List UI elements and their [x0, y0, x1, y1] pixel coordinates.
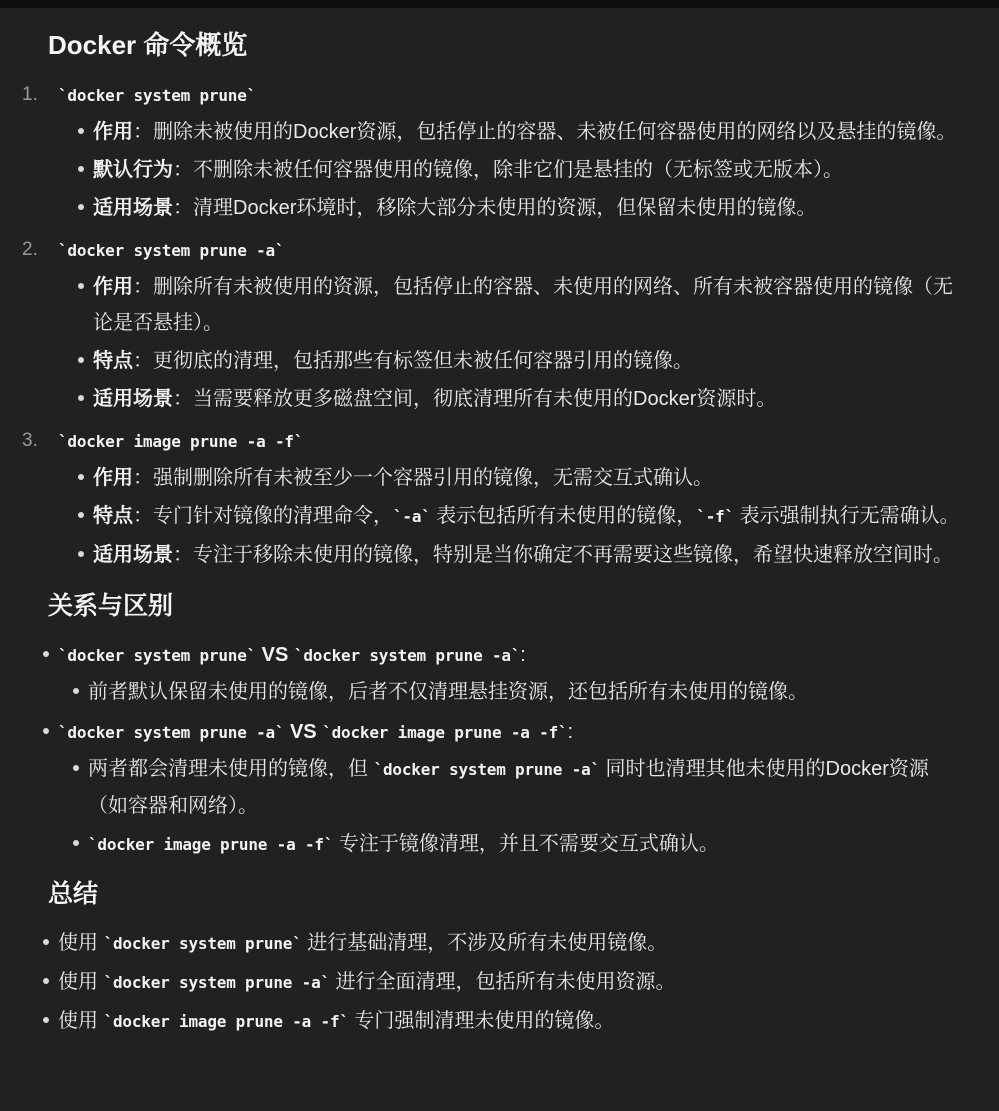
- list-item: 使用 `docker system prune -a` 进行全面清理，包括所有未…: [0, 964, 963, 1001]
- text-run: 使用: [58, 1010, 104, 1032]
- list-item-text: 作用：删除所有未被使用的资源，包括停止的容器、未使用的网络、所有未被容器使用的镜…: [93, 269, 963, 341]
- list-item-text: 使用 `docker image prune -a -f` 专门强制清理未使用的…: [58, 1003, 963, 1040]
- text-run: ：专注于移除未使用的镜像，特别是当你确定不再需要这些镜像，希望快速释放空间时。: [173, 544, 953, 566]
- list-item-text: 作用：删除未被使用的Docker资源，包括停止的容器、未被任何容器使用的网络以及…: [93, 114, 963, 150]
- ordered-item-content: `docker system prune`作用：删除未被使用的Docker资源，…: [58, 77, 963, 228]
- inline-code: `docker image prune -a -f`: [104, 1012, 349, 1031]
- inline-code: `docker system prune`: [58, 646, 256, 665]
- text-run: ：当需要释放更多磁盘空间，彻底清理所有未使用的Docker资源时。: [173, 388, 776, 410]
- bullet-icon: [78, 166, 84, 172]
- list-item: `docker image prune -a -f` 专注于镜像清理，并且不需要…: [58, 826, 963, 863]
- list-item: 特点：更彻底的清理，包括那些有标签但未被任何容器引用的镜像。: [58, 343, 963, 379]
- bullet-icon: [73, 688, 79, 694]
- item-number: 3.: [22, 423, 58, 459]
- bold-run: 默认行为: [93, 159, 173, 181]
- command-line: `docker image prune -a -f`: [58, 423, 963, 460]
- inline-code: `docker system prune -a`: [294, 646, 520, 665]
- bullet-icon: [78, 395, 84, 401]
- text-run: :: [520, 644, 526, 666]
- bullet-icon: [78, 551, 84, 557]
- command-line: `docker system prune -a`: [58, 232, 963, 269]
- bullet-icon: [43, 1017, 49, 1023]
- bullet-icon: [78, 204, 84, 210]
- bullet-icon: [78, 357, 84, 363]
- inline-code: `docker system prune -a`: [374, 760, 600, 779]
- list-item: 两者都会清理未使用的镜像，但 `docker system prune -a` …: [58, 751, 963, 824]
- command-line: `docker system prune`: [58, 77, 963, 114]
- summary-list: 使用 `docker system prune` 进行基础清理，不涉及所有未使用…: [0, 925, 963, 1040]
- list-item-text: 默认行为：不删除未被任何容器使用的镜像，除非它们是悬挂的（无标签或无版本）。: [93, 152, 963, 188]
- inline-code: `docker system prune`: [104, 934, 302, 953]
- inline-code: `docker system prune -a`: [58, 241, 284, 260]
- inline-code: `-f`: [696, 507, 734, 526]
- ordered-list-item: 3.`docker image prune -a -f`作用：强制删除所有未被至…: [0, 423, 963, 575]
- ordered-list-item: 1.`docker system prune`作用：删除未被使用的Docker资…: [0, 77, 963, 228]
- section-heading-summary: 总结: [48, 875, 963, 913]
- bold-run: 适用场景: [93, 544, 173, 566]
- section-heading-differences: 关系与区别: [48, 587, 963, 625]
- list-item-text: 使用 `docker system prune` 进行基础清理，不涉及所有未使用…: [58, 925, 963, 962]
- list-item: 作用：删除所有未被使用的资源，包括停止的容器、未使用的网络、所有未被容器使用的镜…: [58, 269, 963, 341]
- window-top-edge: [0, 0, 999, 8]
- inline-code: `docker image prune -a -f`: [88, 835, 333, 854]
- text-run: 专注于镜像清理，并且不需要交互式确认。: [333, 833, 719, 855]
- text-run: ：更彻底的清理，包括那些有标签但未被任何容器引用的镜像。: [133, 350, 693, 372]
- item-number: 1.: [22, 77, 58, 113]
- text-run: 使用: [58, 971, 104, 993]
- bullet-icon: [78, 474, 84, 480]
- list-item-text: 两者都会清理未使用的镜像，但 `docker system prune -a` …: [88, 751, 963, 824]
- command-overview-list: 1.`docker system prune`作用：删除未被使用的Docker资…: [0, 77, 963, 575]
- text-run: 专门强制清理未使用的镜像。: [349, 1010, 615, 1032]
- text-run: ：清理Docker环境时，移除大部分未使用的资源，但保留未使用的镜像。: [173, 197, 816, 219]
- list-item-text: 前者默认保留未使用的镜像，后者不仅清理悬挂资源，还包括所有未使用的镜像。: [88, 674, 963, 710]
- list-item: 默认行为：不删除未被任何容器使用的镜像，除非它们是悬挂的（无标签或无版本）。: [58, 152, 963, 188]
- text-run: 两者都会清理未使用的镜像，但: [88, 758, 374, 780]
- list-item-text: 适用场景：当需要释放更多磁盘空间，彻底清理所有未使用的Docker资源时。: [93, 381, 963, 417]
- text-run: 表示包括所有未使用的镜像，: [431, 505, 697, 527]
- item-number: 2.: [22, 232, 58, 268]
- list-item: 适用场景：专注于移除未使用的镜像，特别是当你确定不再需要这些镜像，希望快速释放空…: [58, 537, 963, 573]
- bullet-icon: [78, 283, 84, 289]
- text-run: ：删除所有未被使用的资源，包括停止的容器、未使用的网络、所有未被容器使用的镜像（…: [93, 276, 953, 334]
- bullet-icon: [43, 651, 49, 657]
- differences-list: `docker system prune` VS `docker system …: [0, 637, 963, 865]
- inline-code: `-a`: [393, 507, 431, 526]
- list-item-text: 使用 `docker system prune -a` 进行全面清理，包括所有未…: [58, 964, 963, 1001]
- bullet-icon: [78, 128, 84, 134]
- list-item-text: `docker image prune -a -f` 专注于镜像清理，并且不需要…: [88, 826, 963, 863]
- bullet-icon: [73, 765, 79, 771]
- inline-code: `docker system prune`: [58, 86, 256, 105]
- text-run: ：不删除未被任何容器使用的镜像，除非它们是悬挂的（无标签或无版本）。: [173, 159, 843, 181]
- text-run: :: [567, 721, 573, 743]
- bold-run: VS: [256, 644, 294, 666]
- bold-run: 适用场景: [93, 388, 173, 410]
- list-item: 前者默认保留未使用的镜像，后者不仅清理悬挂资源，还包括所有未使用的镜像。: [58, 674, 963, 710]
- bold-run: 特点: [93, 350, 133, 372]
- document: Docker 命令概览 1.`docker system prune`作用：删除…: [0, 25, 999, 1040]
- list-item-text: `docker system prune -a` VS `docker imag…: [58, 714, 963, 865]
- list-item-text: 适用场景：专注于移除未使用的镜像，特别是当你确定不再需要这些镜像，希望快速释放空…: [93, 537, 963, 573]
- list-item: 特点：专门针对镜像的清理命令，`-a` 表示包括所有未使用的镜像，`-f` 表示…: [58, 498, 963, 535]
- list-item: 适用场景：清理Docker环境时，移除大部分未使用的资源，但保留未使用的镜像。: [58, 190, 963, 226]
- list-item: 作用：强制删除所有未被至少一个容器引用的镜像，无需交互式确认。: [58, 460, 963, 496]
- list-item: 使用 `docker system prune` 进行基础清理，不涉及所有未使用…: [0, 925, 963, 962]
- inline-code: `docker system prune -a`: [104, 973, 330, 992]
- bullet-icon: [43, 939, 49, 945]
- bullet-icon: [43, 728, 49, 734]
- list-item: `docker system prune -a` VS `docker imag…: [0, 714, 963, 865]
- bullet-icon: [78, 512, 84, 518]
- bold-run: 特点: [93, 505, 133, 527]
- list-item-text: `docker system prune` VS `docker system …: [58, 637, 963, 712]
- bold-run: 作用: [93, 467, 133, 489]
- text-run: ：专门针对镜像的清理命令，: [133, 505, 393, 527]
- list-item-text: 特点：更彻底的清理，包括那些有标签但未被任何容器引用的镜像。: [93, 343, 963, 379]
- list-item: 作用：删除未被使用的Docker资源，包括停止的容器、未被任何容器使用的网络以及…: [58, 114, 963, 150]
- ordered-item-content: `docker system prune -a`作用：删除所有未被使用的资源，包…: [58, 232, 963, 419]
- text-run: ：删除未被使用的Docker资源，包括停止的容器、未被任何容器使用的网络以及悬挂…: [133, 121, 956, 143]
- bold-run: 适用场景: [93, 197, 173, 219]
- text-run: 使用: [58, 932, 104, 954]
- text-run: 表示强制执行无需确认。: [734, 505, 960, 527]
- list-item: 适用场景：当需要释放更多磁盘空间，彻底清理所有未使用的Docker资源时。: [58, 381, 963, 417]
- bold-run: VS: [284, 721, 322, 743]
- bullet-icon: [73, 840, 79, 846]
- list-item-text: 作用：强制删除所有未被至少一个容器引用的镜像，无需交互式确认。: [93, 460, 963, 496]
- list-item: 使用 `docker image prune -a -f` 专门强制清理未使用的…: [0, 1003, 963, 1040]
- bold-run: 作用: [93, 121, 133, 143]
- bullet-icon: [43, 978, 49, 984]
- list-item: `docker system prune` VS `docker system …: [0, 637, 963, 712]
- list-item-text: 特点：专门针对镜像的清理命令，`-a` 表示包括所有未使用的镜像，`-f` 表示…: [93, 498, 963, 535]
- ordered-item-content: `docker image prune -a -f`作用：强制删除所有未被至少一…: [58, 423, 963, 575]
- inline-code: `docker image prune -a -f`: [322, 723, 567, 742]
- ordered-list-item: 2.`docker system prune -a`作用：删除所有未被使用的资源…: [0, 232, 963, 419]
- bold-run: 作用: [93, 276, 133, 298]
- page-title: Docker 命令概览: [48, 25, 963, 65]
- inline-code: `docker system prune -a`: [58, 723, 284, 742]
- text-run: 进行基础清理，不涉及所有未使用镜像。: [302, 932, 668, 954]
- text-run: ：强制删除所有未被至少一个容器引用的镜像，无需交互式确认。: [133, 467, 713, 489]
- inline-code: `docker image prune -a -f`: [58, 432, 303, 451]
- text-run: 进行全面清理，包括所有未使用资源。: [330, 971, 676, 993]
- list-item-text: 适用场景：清理Docker环境时，移除大部分未使用的资源，但保留未使用的镜像。: [93, 190, 963, 226]
- text-run: 前者默认保留未使用的镜像，后者不仅清理悬挂资源，还包括所有未使用的镜像。: [88, 681, 808, 703]
